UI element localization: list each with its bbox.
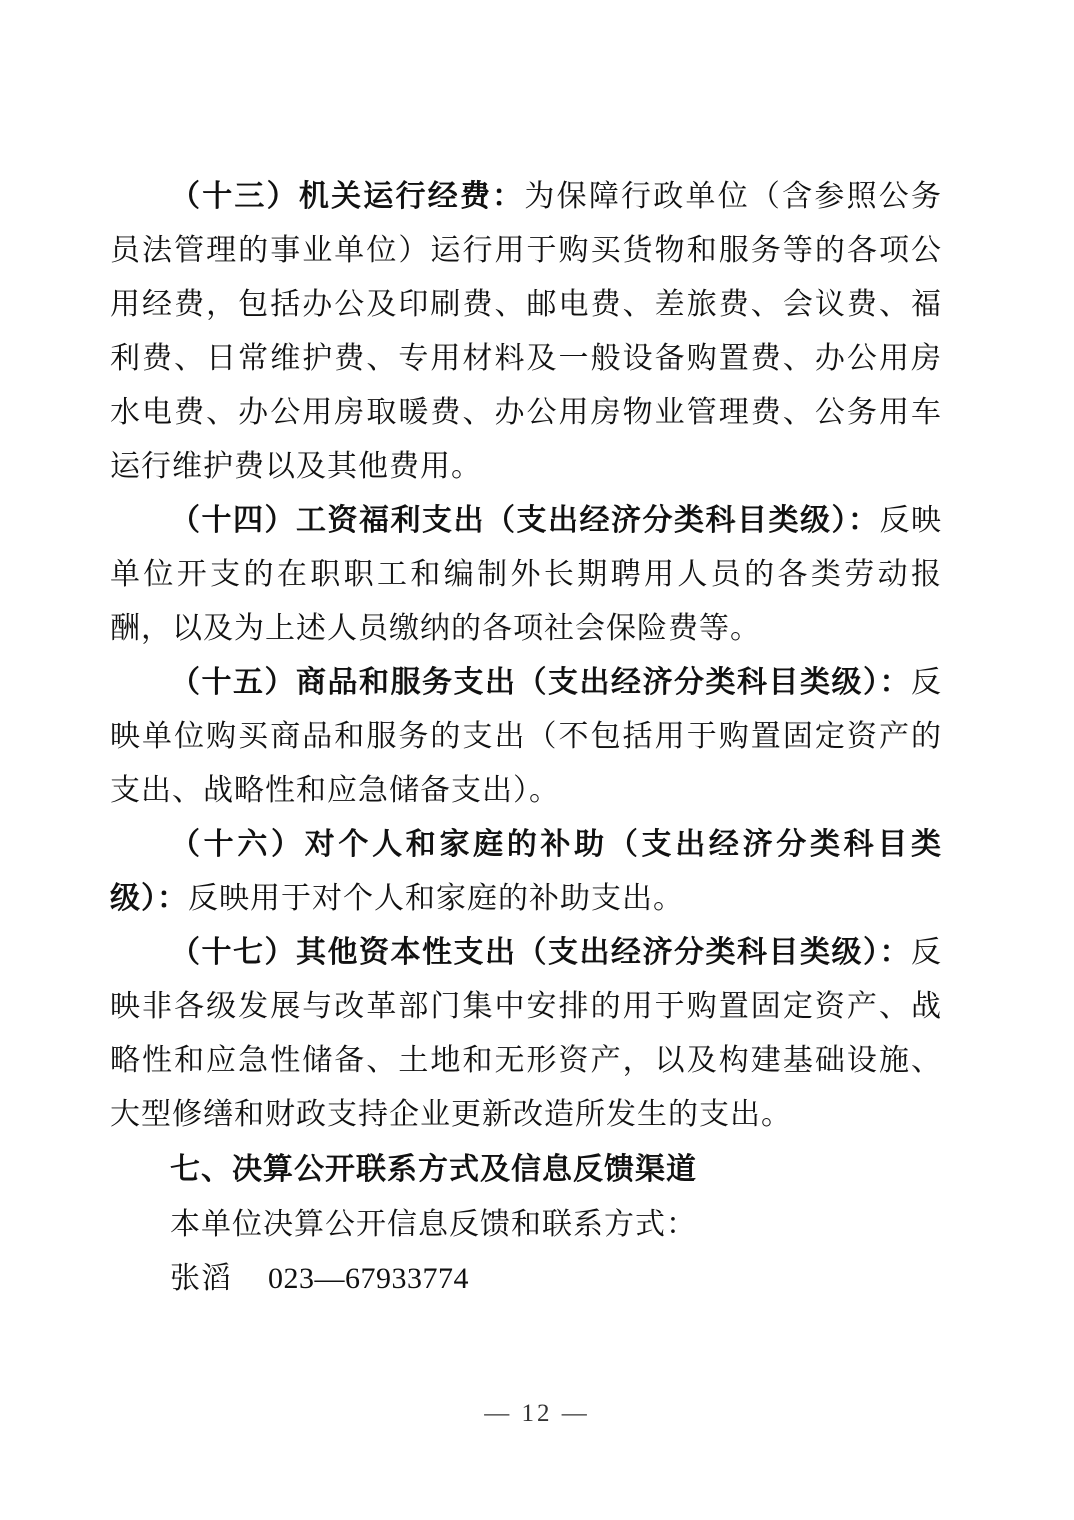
definition-13-text: 为保障行政单位（含参照公务员法管理的事业单位）运行用于购买货物和服务等的各项公用… [110,180,942,483]
page-footer: — 12 — [0,1396,1074,1432]
document-body: （十三）机关运行经费：为保障行政单位（含参照公务员法管理的事业单位）运行用于购买… [110,170,942,1306]
definition-paragraph-13: （十三）机关运行经费：为保障行政单位（含参照公务员法管理的事业单位）运行用于购买… [110,170,942,494]
definition-paragraph-16: （十六）对个人和家庭的补助（支出经济分类科目类级）：反映用于对个人和家庭的补助支… [110,818,942,926]
section-heading-contact: 七、决算公开联系方式及信息反馈渠道 [110,1142,942,1198]
definition-15-term: （十五）商品和服务支出（支出经济分类科目类级）： [170,666,911,699]
definition-14-term: （十四）工资福利支出（支出经济分类科目类级）： [170,504,880,537]
definition-paragraph-17: （十七）其他资本性支出（支出经济分类科目类级）：反映非各级发展与改革部门集中安排… [110,926,942,1142]
definition-16-text: 反映用于对个人和家庭的补助支出。 [188,882,684,915]
definition-13-term: （十三）机关运行经费： [170,180,524,213]
document-page: （十三）机关运行经费：为保障行政单位（含参照公务员法管理的事业单位）运行用于购买… [0,0,1074,1520]
contact-line: 张滔023—67933774 [110,1252,942,1306]
contact-intro-line: 本单位决算公开信息反馈和联系方式： [110,1198,942,1252]
contact-phone: 023—67933774 [268,1262,469,1295]
definition-paragraph-14: （十四）工资福利支出（支出经济分类科目类级）：反映单位开支的在职职工和编制外长期… [110,494,942,656]
definition-paragraph-15: （十五）商品和服务支出（支出经济分类科目类级）：反映单位购买商品和服务的支出（不… [110,656,942,818]
contact-name: 张滔 [170,1262,232,1295]
page-number: — 12 — [484,1400,590,1427]
definition-17-term: （十七）其他资本性支出（支出经济分类科目类级）： [170,936,911,969]
